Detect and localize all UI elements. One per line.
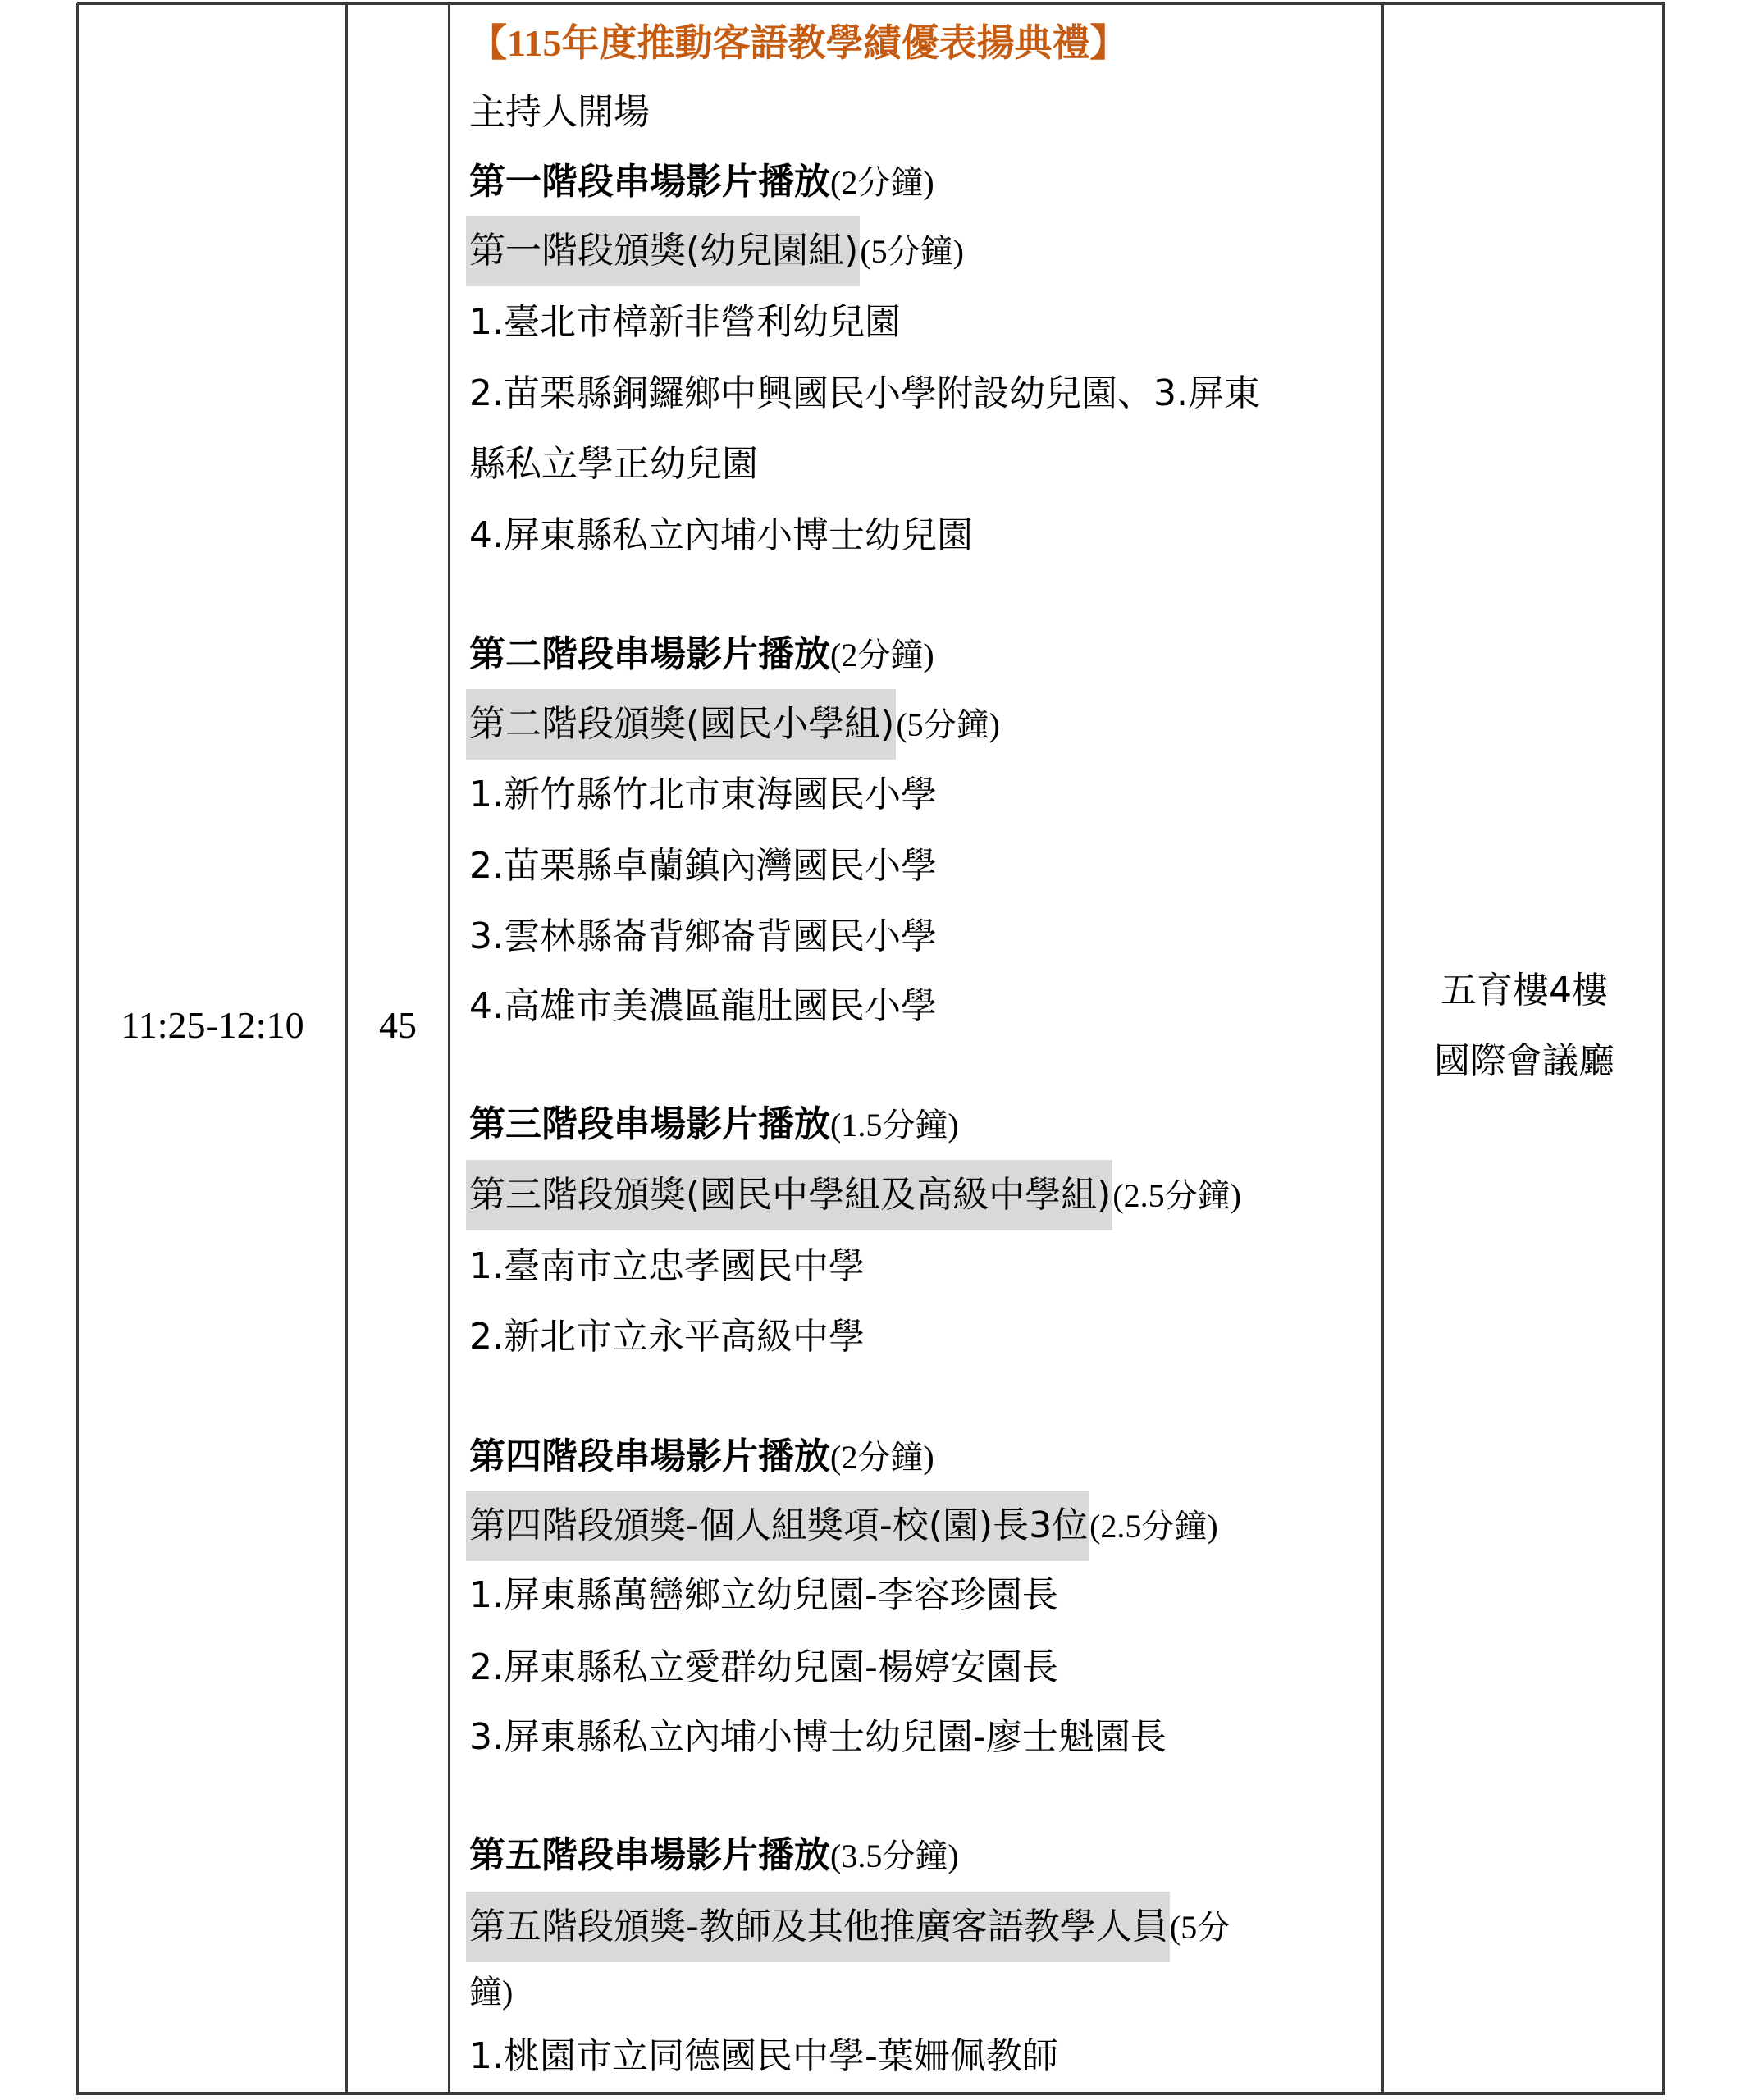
section-1-item: 4.屏東縣私立內埔小博士幼兒園 xyxy=(469,500,973,571)
section-2-award-duration: (5分鐘) xyxy=(896,706,1000,743)
section-2-award: 第二階段頒獎(國民小學組)(5分鐘) xyxy=(466,689,1000,760)
section-5-award-label: 第五階段頒獎-教師及其他推廣客語教學人員 xyxy=(466,1892,1170,1962)
section-2-item: 4.高雄市美濃區龍肚國民小學 xyxy=(469,971,937,1042)
table-left-border xyxy=(76,3,79,2095)
section-3-video-label: 第三階段串場影片播放 xyxy=(469,1103,830,1145)
section-2-video-label: 第二階段串場影片播放 xyxy=(469,633,830,675)
section-1-item: 2.苗栗縣銅鑼鄉中興國民小學附設幼兒園、3.屏東 xyxy=(469,358,1260,429)
section-1-award: 第一階段頒獎(幼兒園組)(5分鐘) xyxy=(466,216,964,286)
column-divider-duration xyxy=(448,3,450,2095)
section-3-award-duration: (2.5分鐘) xyxy=(1112,1177,1241,1214)
section-2-item: 1.新竹縣竹北市東海國民小學 xyxy=(469,760,937,830)
section-5-award-duration: (5分 xyxy=(1170,1909,1230,1946)
table-bottom-border xyxy=(77,2092,1665,2095)
section-4-video: 第四階段串場影片播放(2分鐘) xyxy=(469,1422,934,1492)
duration-minutes: 45 xyxy=(348,1005,448,1046)
section-5-award-duration-wrap-text: 鐘) xyxy=(469,1974,513,2011)
section-1-award-duration: (5分鐘) xyxy=(860,233,964,270)
section-2-item: 3.雲林縣崙背鄉崙背國民小學 xyxy=(469,902,937,972)
section-1-video-label: 第一階段串場影片播放 xyxy=(469,161,830,203)
section-1-video-duration: (2分鐘) xyxy=(830,164,934,201)
opening-line: 主持人開場 xyxy=(469,77,650,148)
column-divider-content xyxy=(1381,3,1384,2095)
section-2-video: 第二階段串場影片播放(2分鐘) xyxy=(469,619,934,690)
section-4-video-label: 第四階段串場影片播放 xyxy=(469,1436,830,1477)
section-5-video: 第五階段串場影片播放(3.5分鐘) xyxy=(469,1820,959,1891)
section-5-award-duration-wrap: 鐘) xyxy=(469,1956,513,2027)
section-5-item: 1.桃園市立同德國民中學-葉姍佩教師 xyxy=(469,2021,1058,2092)
ceremony-title-text: 【115年度推動客語教學績優表揚典禮】 xyxy=(469,22,1127,64)
section-4-award-label: 第四階段頒獎-個人組獎項-校(園)長3位 xyxy=(466,1491,1089,1561)
section-1-video: 第一階段串場影片播放(2分鐘) xyxy=(469,147,934,217)
section-3-item: 1.臺南市立忠孝國民中學 xyxy=(469,1231,865,1302)
section-1-award-label: 第一階段頒獎(幼兒園組) xyxy=(466,216,860,286)
section-1-item: 縣私立學正幼兒園 xyxy=(469,429,758,500)
section-5-video-label: 第五階段串場影片播放 xyxy=(469,1834,830,1876)
venue-building: 五育樓4樓 xyxy=(1385,956,1664,1026)
section-4-item: 1.屏東縣萬巒鄉立幼兒園-李容珍園長 xyxy=(469,1560,1058,1631)
section-3-video: 第三階段串場影片播放(1.5分鐘) xyxy=(469,1089,959,1160)
table-top-border xyxy=(77,2,1665,5)
section-2-video-duration: (2分鐘) xyxy=(830,637,934,673)
column-divider-time xyxy=(345,3,348,2095)
venue-hall: 國際會議廳 xyxy=(1385,1026,1664,1097)
section-3-item: 2.新北市立永平高級中學 xyxy=(469,1302,865,1372)
section-4-award-duration: (2.5分鐘) xyxy=(1089,1508,1218,1545)
section-4-video-duration: (2分鐘) xyxy=(830,1439,934,1476)
section-4-item: 3.屏東縣私立內埔小博士幼兒園-廖士魁園長 xyxy=(469,1702,1167,1773)
section-4-award: 第四階段頒獎-個人組獎項-校(園)長3位(2.5分鐘) xyxy=(466,1491,1218,1561)
ceremony-title: 【115年度推動客語教學績優表揚典禮】 xyxy=(469,8,1127,79)
section-3-award: 第三階段頒獎(國民中學組及高級中學組)(2.5分鐘) xyxy=(466,1160,1241,1230)
section-2-award-label: 第二階段頒獎(國民小學組) xyxy=(466,689,896,760)
section-3-award-label: 第三階段頒獎(國民中學組及高級中學組) xyxy=(466,1160,1112,1230)
section-4-item: 2.屏東縣私立愛群幼兒園-楊婷安園長 xyxy=(469,1632,1058,1703)
section-1-item: 1.臺北市樟新非營利幼兒園 xyxy=(469,287,901,358)
section-5-video-duration: (3.5分鐘) xyxy=(830,1837,959,1874)
section-2-item: 2.苗栗縣卓蘭鎮內灣國民小學 xyxy=(469,831,937,902)
section-5-award: 第五階段頒獎-教師及其他推廣客語教學人員(5分 xyxy=(466,1892,1230,1962)
section-3-video-duration: (1.5分鐘) xyxy=(830,1107,959,1144)
time-slot: 11:25-12:10 xyxy=(79,1005,346,1046)
